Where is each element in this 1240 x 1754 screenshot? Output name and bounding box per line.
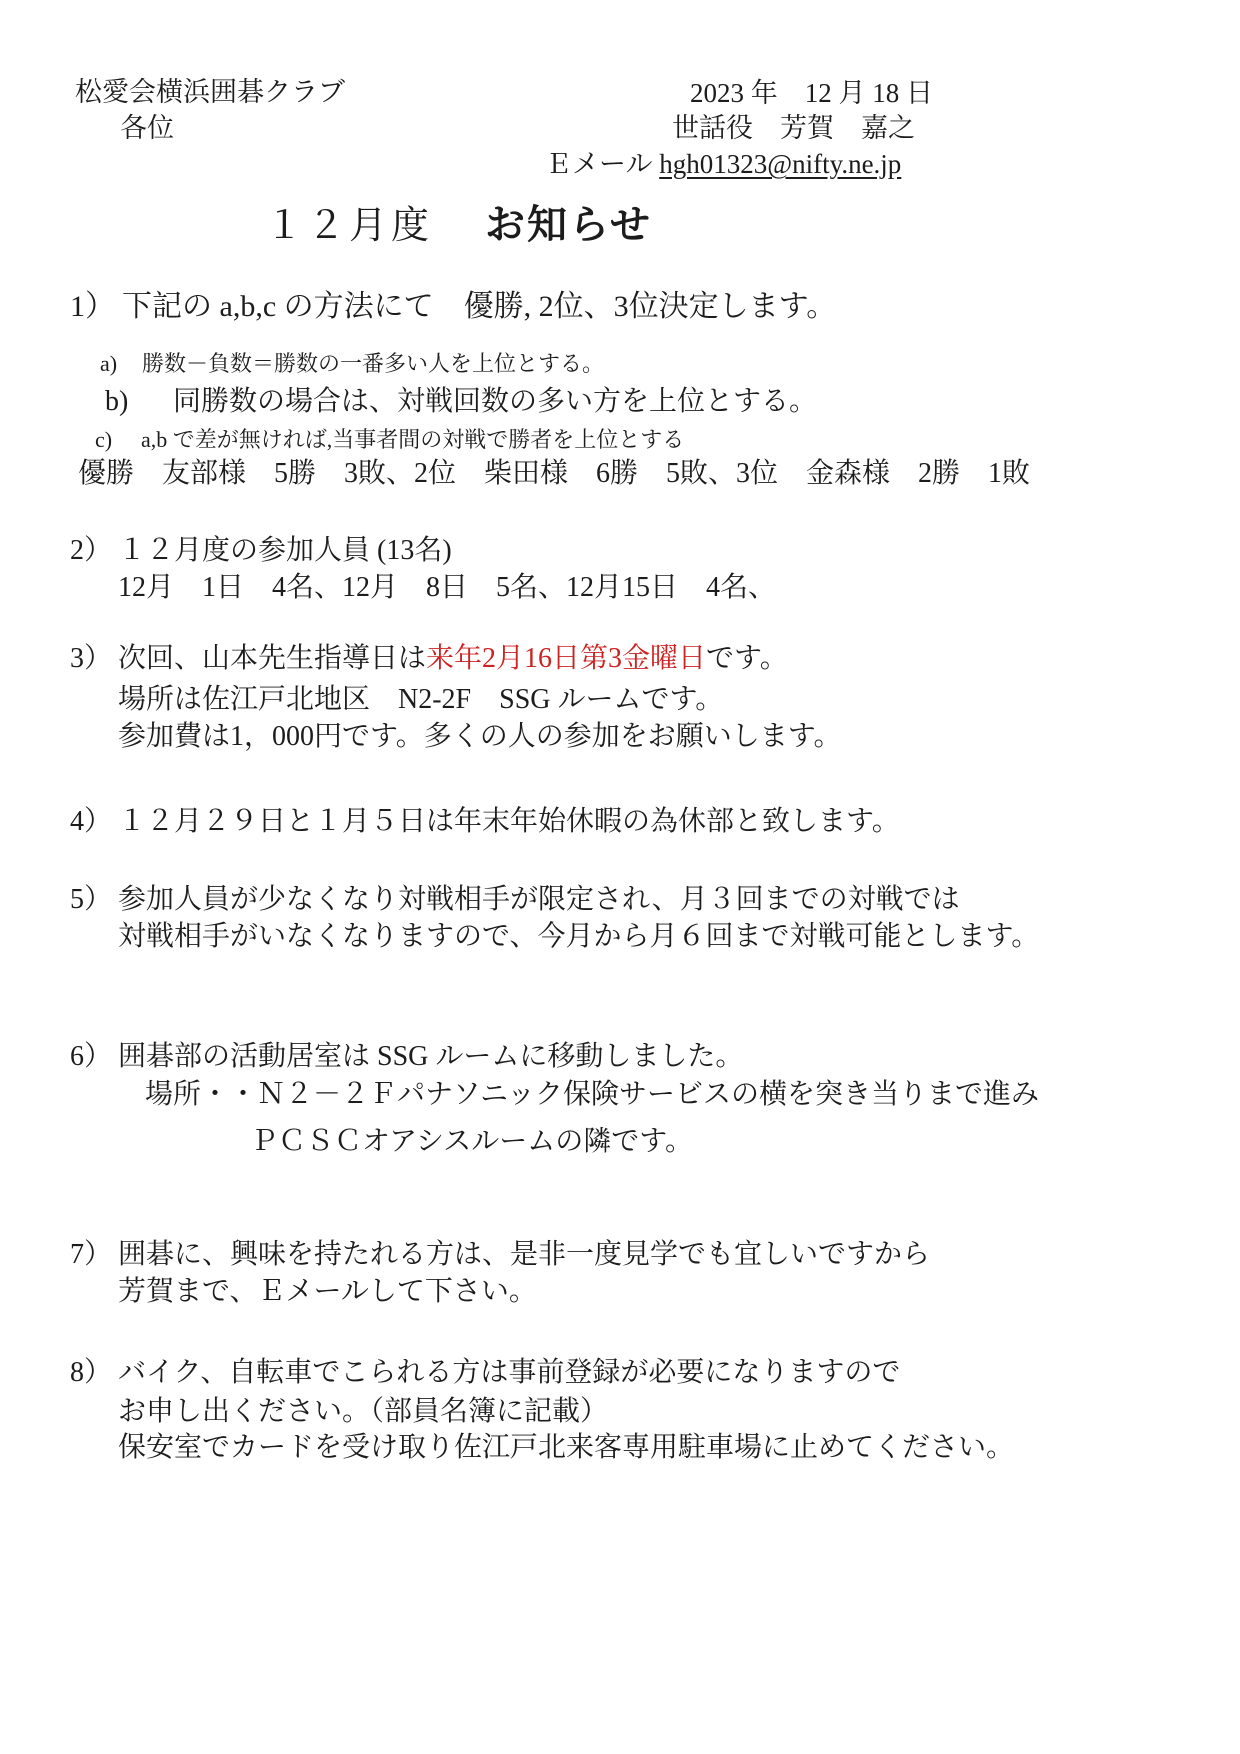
item-c-text: a,b で差が無ければ,当事者間の対戦で勝者を上位とする <box>141 427 684 452</box>
document-date: 2023 年 12 月 18 日 <box>690 77 933 111</box>
section-4-line: 4）１２月２９日と１月５日は年末年始休暇の為休部と致します。 <box>70 804 900 839</box>
email-link[interactable]: hgh01323@nifty.ne.jp <box>659 149 901 179</box>
organizer-name: 世話役 芳賀 嘉之 <box>672 112 915 146</box>
section-6-line-2: 場所・・Ｎ２－２Ｆパナソニック保険サービスの横を突き当りまで進み <box>145 1077 1039 1112</box>
section-3-number: 3） <box>70 641 118 676</box>
section-4-number: 4） <box>70 804 118 839</box>
document-page: 松愛会横浜囲碁クラブ 各位 2023 年 12 月 18 日 世話役 芳賀 嘉之… <box>0 0 1240 1754</box>
item-b-marker: b) <box>105 384 173 419</box>
item-c-marker: c) <box>95 426 141 454</box>
section-2-heading-text: １２月度の参加人員 (13名) <box>118 535 452 566</box>
section-8-number: 8） <box>70 1355 118 1390</box>
section-2-line-1: 12月 1日 4名、12月 8日 5名、12月15日 4名、 <box>118 570 776 605</box>
page-title: １２月度お知らせ <box>265 200 652 251</box>
title-notice: お知らせ <box>485 203 652 247</box>
section-6-line-1: 6）囲碁部の活動居室は SSG ルームに移動しました。 <box>70 1039 743 1074</box>
section-8-line-1: 8）バイク、自転車でこられる方は事前登録が必要になりますので <box>70 1355 900 1390</box>
section-1-heading: 1）下記の a,b,c の方法にて 優勝, 2位、3位決定します。 <box>70 288 836 326</box>
email-line: Ｅメール hgh01323@nifty.ne.jp <box>545 148 901 182</box>
section-1-item-b: b)同勝数の場合は、対戦回数の多い方を上位とする。 <box>105 384 817 419</box>
section-3-highlight-date: 来年2月16日第3金曜日 <box>426 643 706 674</box>
section-3-text-post: です。 <box>706 643 788 674</box>
section-7-text-1: 囲碁に、興味を持たれる方は、是非一度見学でも宜しいですから <box>118 1239 930 1270</box>
section-2-heading: 2）１２月度の参加人員 (13名) <box>70 533 452 568</box>
section-6-line-3: ＰＣＳＣオアシスルームの隣です。 <box>250 1124 693 1159</box>
club-name: 松愛会横浜囲碁クラブ <box>75 76 345 110</box>
item-a-marker: a) <box>100 350 142 378</box>
section-3-heading: 3）次回、山本先生指導日は来年2月16日第3金曜日です。 <box>70 641 788 676</box>
section-3-line-3: 参加費は1，000円です。多くの人の参加をお願いします。 <box>118 719 842 754</box>
section-5-text-1: 参加人員が少なくなり対戦相手が限定され、月３回までの対戦では <box>118 884 960 915</box>
email-label: Ｅメール <box>545 149 659 179</box>
section-1-heading-text: 下記の a,b,c の方法にて 優勝, 2位、3位決定します。 <box>122 290 836 323</box>
section-3-line-2: 場所は佐江戸北地区 N2-2F SSG ルームです。 <box>118 682 723 717</box>
section-1-number: 1） <box>70 288 122 326</box>
section-7-line-1: 7）囲碁に、興味を持たれる方は、是非一度見学でも宜しいですから <box>70 1237 930 1272</box>
section-8-line-3: 保安室でカードを受け取り佐江戸北来客専用駐車場に止めてください。 <box>118 1430 1014 1465</box>
title-month: １２月度 <box>265 205 433 247</box>
section-8-line-2: お申し出ください。（部員名簿に記載） <box>118 1394 608 1429</box>
section-3-text-pre: 次回、山本先生指導日は <box>118 643 426 674</box>
addressee: 各位 <box>120 112 174 146</box>
section-8-text-1: バイク、自転車でこられる方は事前登録が必要になりますので <box>118 1357 900 1388</box>
section-1-item-a: a)勝数－負数＝勝数の一番多い人を上位とする。 <box>100 350 604 378</box>
item-a-text: 勝数－負数＝勝数の一番多い人を上位とする。 <box>142 351 604 376</box>
section-4-text: １２月２９日と１月５日は年末年始休暇の為休部と致します。 <box>118 806 900 837</box>
section-5-line-2: 対戦相手がいなくなりますので、今月から月６回まで対戦可能とします。 <box>118 919 1039 954</box>
section-7-line-2: 芳賀まで、Ｅメールして下さい。 <box>118 1274 537 1309</box>
item-b-text: 同勝数の場合は、対戦回数の多い方を上位とする。 <box>173 386 817 417</box>
section-1-result: 優勝 友部様 5勝 3敗、2位 柴田様 6勝 5敗、3位 金森様 2勝 1敗 <box>78 456 1030 491</box>
section-5-number: 5） <box>70 882 118 917</box>
section-6-number: 6） <box>70 1039 118 1074</box>
section-2-number: 2） <box>70 533 118 568</box>
section-1-item-c: c)a,b で差が無ければ,当事者間の対戦で勝者を上位とする <box>95 426 684 454</box>
section-6-text-1: 囲碁部の活動居室は SSG ルームに移動しました。 <box>118 1041 743 1072</box>
section-5-line-1: 5）参加人員が少なくなり対戦相手が限定され、月３回までの対戦では <box>70 882 960 917</box>
section-7-number: 7） <box>70 1237 118 1272</box>
